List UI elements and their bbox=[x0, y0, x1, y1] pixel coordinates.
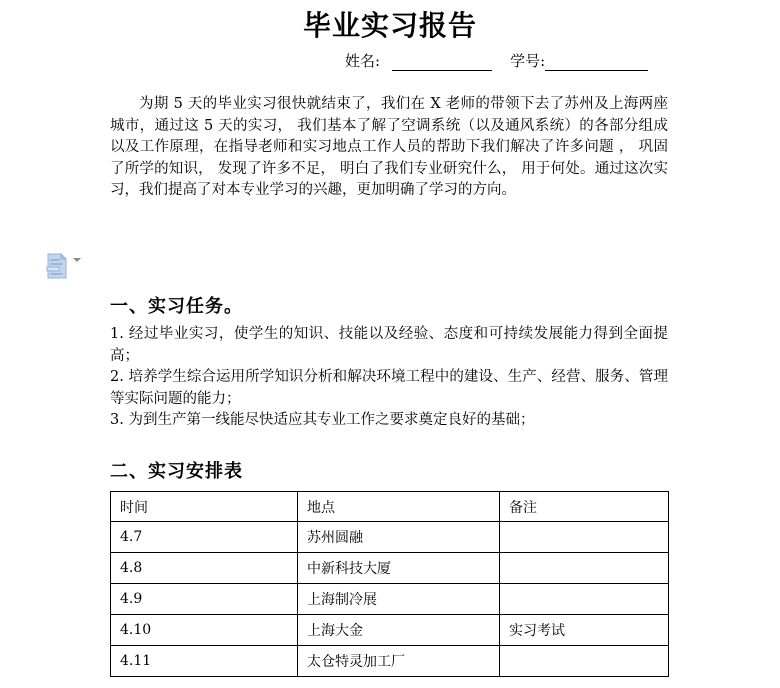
section-heading-tasks: 一、实习任务。 bbox=[110, 292, 243, 318]
cell-remarks bbox=[500, 646, 669, 677]
cell-location: 上海大金 bbox=[298, 615, 500, 646]
cell-remarks bbox=[500, 553, 669, 584]
document-title: 毕业实习报告 bbox=[0, 4, 780, 44]
column-header-location: 地点 bbox=[298, 492, 500, 522]
cell-location: 上海制冷展 bbox=[298, 584, 500, 615]
student-id-blank-underline bbox=[545, 55, 648, 71]
cell-location: 中新科技大厦 bbox=[298, 553, 500, 584]
cell-location: 苏州圆融 bbox=[298, 522, 500, 553]
schedule-table: 时间 地点 备注 4.7 苏州圆融 4.8 中新科技大厦 4.9 上海制冷展 bbox=[110, 491, 669, 677]
cell-remarks: 实习考试 bbox=[500, 615, 669, 646]
task-item-1: 1. 经过毕业实习，使学生的知识、技能以及经验、态度和可持续发展能力得到全面提高… bbox=[110, 324, 668, 367]
name-blank-underline bbox=[392, 55, 492, 71]
cell-remarks bbox=[500, 584, 669, 615]
cell-time: 4.9 bbox=[111, 584, 298, 615]
cell-remarks bbox=[500, 522, 669, 553]
paste-options-icon bbox=[46, 265, 68, 284]
column-header-remarks: 备注 bbox=[500, 492, 669, 522]
cell-time: 4.7 bbox=[111, 522, 298, 553]
cell-time: 4.8 bbox=[111, 553, 298, 584]
cell-time: 4.10 bbox=[111, 615, 298, 646]
cell-time: 4.11 bbox=[111, 646, 298, 677]
task-item-3: 3. 为到生产第一线能尽快适应其专业工作之要求奠定良好的基础； bbox=[110, 410, 668, 432]
table-row: 4.11 太仓特灵加工厂 bbox=[111, 646, 669, 677]
chevron-down-icon bbox=[73, 262, 82, 269]
table-row: 4.10 上海大金 实习考试 bbox=[111, 615, 669, 646]
cell-location: 太仓特灵加工厂 bbox=[298, 646, 500, 677]
student-id-label: 学号: bbox=[510, 52, 545, 70]
table-row: 4.7 苏州圆融 bbox=[111, 522, 669, 553]
name-id-line: 姓名:学号: bbox=[345, 50, 648, 71]
task-list: 1. 经过毕业实习，使学生的知识、技能以及经验、态度和可持续发展能力得到全面提高… bbox=[110, 324, 668, 432]
paste-options-button[interactable] bbox=[46, 253, 86, 281]
table-header-row: 时间 地点 备注 bbox=[111, 492, 669, 522]
task-item-2: 2. 培养学生综合运用所学知识分析和解决环境工程中的建设、生产、经营、服务、管理… bbox=[110, 367, 668, 410]
section-heading-schedule: 二、实习安排表 bbox=[110, 457, 243, 483]
name-label: 姓名: bbox=[345, 52, 380, 70]
table-row: 4.8 中新科技大厦 bbox=[111, 553, 669, 584]
column-header-time: 时间 bbox=[111, 492, 298, 522]
intro-paragraph: 为期 5 天的毕业实习很快就结束了，我们在 X 老师的带领下去了苏州及上海两座城… bbox=[110, 94, 668, 202]
table-row: 4.9 上海制冷展 bbox=[111, 584, 669, 615]
document-page: 毕业实习报告 姓名:学号: 为期 5 天的毕业实习很快就结束了，我们在 X 老师… bbox=[0, 0, 780, 688]
